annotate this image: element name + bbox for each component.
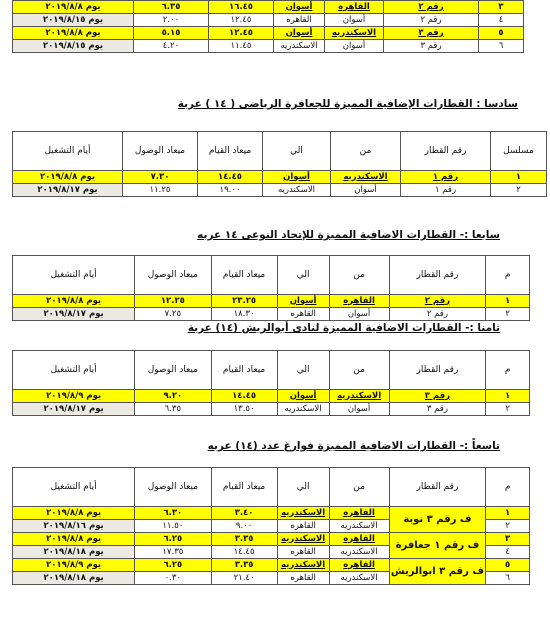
train-number: رقم ٣ [384, 27, 479, 40]
train-number: رقم ٣ [384, 40, 479, 53]
row-number: ٣ [479, 1, 524, 14]
arrival-time: ١٧.٣٥ [135, 546, 211, 559]
departure-time: ١٤.٤٥ [211, 390, 277, 403]
schedule-table-empty-cars: م رقم القطار من الي ميعاد القيام ميعاد ا… [12, 467, 530, 585]
table-row: ٣ ف رقم ١ جعافرة القاهره الاسكندريه ٣.٣٥… [13, 533, 530, 546]
from-station: القاهره [329, 295, 389, 308]
from-station: أسوان [325, 14, 384, 27]
header-departure: ميعاد القيام [211, 468, 277, 507]
table-row: ٢ رقم ١ أسوان الاسكندريه ١٩.٠٠ ١١.٢٥ يوم… [13, 184, 547, 197]
departure-time: ٣.٣٥ [211, 559, 277, 572]
train-number: رقم ٢ [389, 308, 486, 321]
train-group-label: ف رقم ٣ ابوالريش [389, 559, 486, 585]
train-group-label: ف رقم ١ جعافرة [389, 533, 486, 559]
row-number: ١ [486, 390, 530, 403]
arrival-time: ١٢.٢٥ [135, 295, 211, 308]
to-station: الاسكندريه [277, 507, 329, 520]
header-serial: م [486, 468, 530, 507]
header-train: رقم القطار [389, 468, 486, 507]
to-station: الاسكندريه [277, 559, 329, 572]
table-row: ٣ رقم ٢ القاهره أسوان ١٦.٤٥ ٦.٣٥ يوم ٢٠١… [13, 1, 524, 14]
header-days: أيام التشغيل [13, 256, 135, 295]
departure-time: ٣.٣٥ [211, 533, 277, 546]
operating-day: يوم ٢٠١٩/٨/١٧ [13, 184, 123, 197]
operating-day: يوم ٢٠١٩/٨/١٥ [13, 14, 134, 27]
header-departure: ميعاد القيام [211, 351, 277, 390]
from-station: الاسكندريه [331, 171, 401, 184]
arrival-time: ٦.٣٥ [134, 1, 209, 14]
table-row: ١ رقم ٣ الاسكندريه أسوان ١٤.٤٥ ٩.٢٠ يوم … [13, 390, 530, 403]
arrival-time: ٦.٣٠ [135, 507, 211, 520]
operating-day: يوم ٢٠١٩/٨/٨ [13, 507, 135, 520]
departure-time: ١٢.٤٥ [209, 27, 274, 40]
departure-time: ٩.٠٠ [211, 520, 277, 533]
header-serial: م [486, 256, 530, 295]
train-number: رقم ١ [401, 171, 491, 184]
arrival-time: ١١.٥٠ [135, 520, 211, 533]
header-arrival: ميعاد الوصول [135, 468, 211, 507]
departure-time: ٢١.٤٠ [211, 572, 277, 585]
arrival-time: ١١.٢٥ [123, 184, 198, 197]
header-days: أيام التشغيل [13, 468, 135, 507]
from-station: الاسكندريه [329, 520, 389, 533]
to-station: أسوان [274, 27, 325, 40]
arrival-time: ٦.٣٥ [135, 403, 211, 416]
from-station: الاسكندريه [329, 390, 389, 403]
operating-day: يوم ٢٠١٩/٨/١٧ [13, 403, 135, 416]
header-arrival: ميعاد الوصول [135, 351, 211, 390]
section-heading: سابعا :- القطارات الاضافية المميزة للإتح… [197, 229, 500, 241]
row-number: ٢ [486, 308, 530, 321]
arrival-time: ٦.٢٥ [135, 559, 211, 572]
to-station: أسوان [274, 1, 325, 14]
header-row: م رقم القطار من الي ميعاد القيام ميعاد ا… [13, 468, 530, 507]
to-station: أسوان [277, 390, 329, 403]
from-station: القاهره [329, 533, 389, 546]
departure-time: ١٩.٠٠ [198, 184, 263, 197]
header-row: م رقم القطار من الي ميعاد القيام ميعاد ا… [13, 256, 530, 295]
header-from: من [329, 256, 389, 295]
train-group-label: ف رقم ٣ نوبة [389, 507, 486, 533]
departure-time: ١٢.٤٥ [209, 14, 274, 27]
from-station: أسوان [329, 308, 389, 321]
row-number: ٤ [479, 14, 524, 27]
departure-time: ١٤.٤٥ [198, 171, 263, 184]
to-station: القاهره [277, 546, 329, 559]
from-station: القاهره [329, 507, 389, 520]
train-number: رقم ١ [401, 184, 491, 197]
from-station: أسوان [329, 403, 389, 416]
table-row: ١ رقم ٢ القاهره أسوان ٢٣.٢٥ ١٢.٢٥ يوم ٢٠… [13, 295, 530, 308]
header-departure: ميعاد القيام [198, 132, 263, 171]
train-number: رقم ٢ [384, 14, 479, 27]
header-to: الي [277, 351, 329, 390]
departure-time: ٢٣.٢٥ [211, 295, 277, 308]
table-row: ٢ رقم ٣ أسوان الاسكندريه ١٣.٥٠ ٦.٣٥ يوم … [13, 403, 530, 416]
row-number: ٥ [479, 27, 524, 40]
header-arrival: ميعاد الوصول [123, 132, 198, 171]
arrival-time: ٥.١٥ [134, 27, 209, 40]
departure-time: ١٣.٥٠ [211, 403, 277, 416]
departure-time: ١٤.٤٥ [211, 546, 277, 559]
section-heading: سادسا : القطارات الإضافية المميزة للجعاف… [178, 98, 518, 110]
arrival-time: ٩.٢٠ [135, 390, 211, 403]
header-days: أيام التشغيل [13, 132, 123, 171]
header-row: م رقم القطار من الي ميعاد القيام ميعاد ا… [13, 351, 530, 390]
header-serial: م [486, 351, 530, 390]
operating-day: يوم ٢٠١٩/٨/٨ [13, 171, 123, 184]
section-heading: ثامنا :- القطارات الاضافية المميزة لنادى… [188, 322, 500, 334]
row-number: ١ [491, 171, 547, 184]
from-station: أسوان [331, 184, 401, 197]
header-train: رقم القطار [389, 256, 486, 295]
operating-day: يوم ٢٠١٩/٨/١٨ [13, 546, 135, 559]
operating-day: يوم ٢٠١٩/٨/٨ [13, 1, 134, 14]
header-to: الي [277, 468, 329, 507]
operating-day: يوم ٢٠١٩/٨/٩ [13, 390, 135, 403]
to-station: أسوان [277, 295, 329, 308]
operating-day: يوم ٢٠١٩/٨/١٦ [13, 520, 135, 533]
operating-day: يوم ٢٠١٩/٨/٨ [13, 27, 134, 40]
arrival-time: ٦.٢٥ [135, 533, 211, 546]
table-row: ٥ ف رقم ٣ ابوالريش القاهره الاسكندريه ٣.… [13, 559, 530, 572]
header-to: الي [263, 132, 331, 171]
operating-day: يوم ٢٠١٩/٨/٨ [13, 533, 135, 546]
header-train: رقم القطار [401, 132, 491, 171]
to-station: القاهره [274, 14, 325, 27]
to-station: أسوان [263, 171, 331, 184]
departure-time: ١٦.٤٥ [209, 1, 274, 14]
row-number: ١ [486, 295, 530, 308]
to-station: القاهره [277, 572, 329, 585]
row-number: ٢ [486, 403, 530, 416]
table-row: ١ ف رقم ٣ نوبة القاهره الاسكندريه ٣.٤٠ ٦… [13, 507, 530, 520]
row-number: ٢ [486, 520, 530, 533]
table-row: ٤ رقم ٢ أسوان القاهره ١٢.٤٥ ٢.٠٠ يوم ٢٠١… [13, 14, 524, 27]
table-row: ٦ رقم ٣ أسوان الاسكندريه ١١.٤٥ ٤.٢٠ يوم … [13, 40, 524, 53]
header-from: من [331, 132, 401, 171]
header-from: من [329, 351, 389, 390]
row-number: ٦ [486, 572, 530, 585]
to-station: الاسكندريه [263, 184, 331, 197]
operating-day: يوم ٢٠١٩/٨/١٥ [13, 40, 134, 53]
header-arrival: ميعاد الوصول [135, 256, 211, 295]
train-number: رقم ٢ [384, 1, 479, 14]
row-number: ٥ [486, 559, 530, 572]
arrival-time: ٢.٠٠ [134, 14, 209, 27]
train-number: رقم ٢ [389, 295, 486, 308]
to-station: الاسكندريه [274, 40, 325, 53]
departure-time: ٣.٤٠ [211, 507, 277, 520]
header-departure: ميعاد القيام [211, 256, 277, 295]
from-station: الاسكندريه [329, 546, 389, 559]
from-station: أسوان [325, 40, 384, 53]
header-days: أيام التشغيل [13, 351, 135, 390]
departure-time: ١٨.٣٠ [211, 308, 277, 321]
row-number: ٣ [486, 533, 530, 546]
arrival-time: ٧.٢٥ [135, 308, 211, 321]
from-station: الاسكندريه [325, 27, 384, 40]
top-schedule-table: ٣ رقم ٢ القاهره أسوان ١٦.٤٥ ٦.٣٥ يوم ٢٠١… [12, 0, 524, 53]
arrival-time: ٠.٣٠ [135, 572, 211, 585]
operating-day: يوم ٢٠١٩/٨/١٨ [13, 572, 135, 585]
arrival-time: ٧.٣٠ [123, 171, 198, 184]
table-row: ١ رقم ١ الاسكندريه أسوان ١٤.٤٥ ٧.٣٠ يوم … [13, 171, 547, 184]
to-station: القاهره [277, 308, 329, 321]
operating-day: يوم ٢٠١٩/٨/٨ [13, 295, 135, 308]
header-from: من [329, 468, 389, 507]
row-number: ٦ [479, 40, 524, 53]
to-station: القاهره [277, 520, 329, 533]
header-to: الي [277, 256, 329, 295]
operating-day: يوم ٢٠١٩/٨/١٧ [13, 308, 135, 321]
train-number: رقم ٣ [389, 403, 486, 416]
row-number: ٢ [491, 184, 547, 197]
from-station: القاهره [329, 559, 389, 572]
operating-day: يوم ٢٠١٩/٨/٩ [13, 559, 135, 572]
schedule-table-abulrish: م رقم القطار من الي ميعاد القيام ميعاد ا… [12, 350, 530, 416]
table-row: ٥ رقم ٣ الاسكندريه أسوان ١٢.٤٥ ٥.١٥ يوم … [13, 27, 524, 40]
train-number: رقم ٣ [389, 390, 486, 403]
header-train: رقم القطار [389, 351, 486, 390]
schedule-table-union: م رقم القطار من الي ميعاد القيام ميعاد ا… [12, 255, 530, 321]
to-station: الاسكندريه [277, 403, 329, 416]
from-station: القاهره [325, 1, 384, 14]
row-number: ٤ [486, 546, 530, 559]
table-row: ٢ رقم ٢ أسوان القاهره ١٨.٣٠ ٧.٢٥ يوم ٢٠١… [13, 308, 530, 321]
section-heading: تاسعاً :- القطارات الاضافية المميزة فوار… [208, 440, 500, 452]
departure-time: ١١.٤٥ [209, 40, 274, 53]
arrival-time: ٤.٢٠ [134, 40, 209, 53]
row-number: ١ [486, 507, 530, 520]
from-station: الاسكندريه [329, 572, 389, 585]
schedule-table-jaafra: مسلسل رقم القطار من الي ميعاد القيام ميع… [12, 131, 547, 197]
to-station: الاسكندريه [277, 533, 329, 546]
header-row: مسلسل رقم القطار من الي ميعاد القيام ميع… [13, 132, 547, 171]
header-serial: مسلسل [491, 132, 547, 171]
